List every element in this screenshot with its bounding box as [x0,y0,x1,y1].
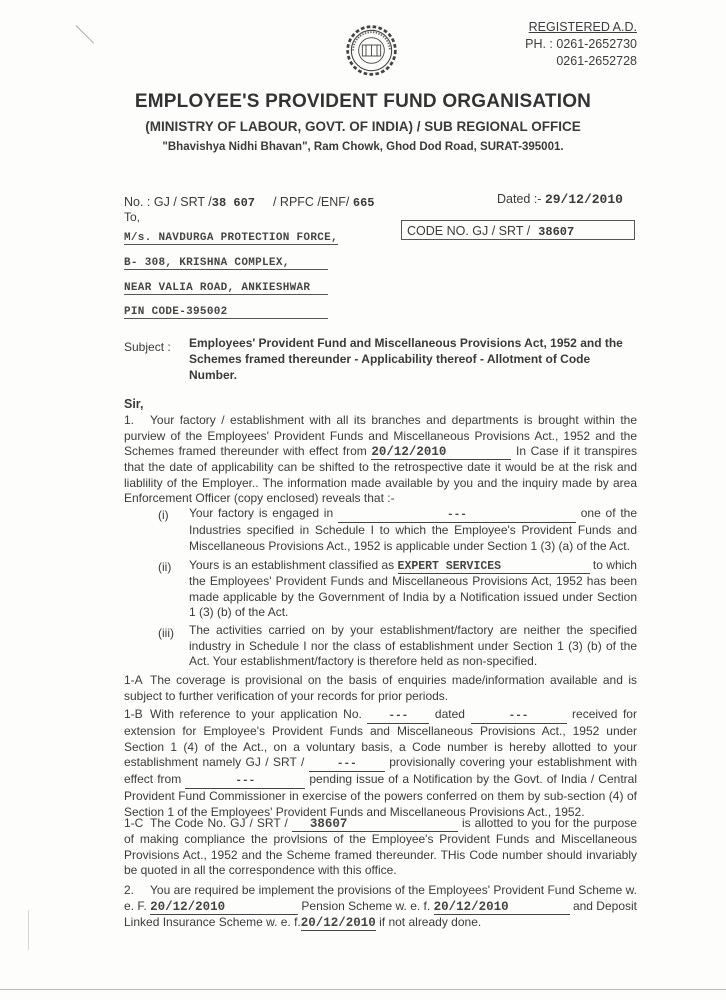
phone-2: 0261-2652728 [525,53,637,70]
industry-blank: --- [338,507,576,523]
epf-date-blank: 20/12/2010 [150,900,298,915]
org-address: "Bhavishya Nidhi Bhavan", Ram Chowk, Gho… [0,141,726,153]
org-subtitle: (MINISTRY OF LABOUR, GOVT. OF INDIA) / S… [0,119,726,134]
code-box-value: 38607 [538,225,574,239]
clause-number: (i) [158,508,169,522]
epfo-emblem-icon [344,23,399,78]
subject-label: Subject : [124,340,171,354]
dated-label: Dated :- [497,192,541,206]
dated-value: 29/12/2010 [545,192,623,207]
registered-label: REGISTERED A.D. [525,19,637,36]
classification: EXPERT SERVICES [398,560,502,573]
dated: Dated :- 29/12/2010 [497,192,623,207]
paragraph-1b: 1-BWith reference to your application No… [124,707,637,820]
scan-mark [76,25,94,43]
reference-number: No. : GJ / SRT /38 607/ RPFC /ENF/ 665 [124,195,374,210]
addressee-line-1: M/s. NAVDURGA PROTECTION FORCE, [124,232,338,245]
paragraph-1a: 1-AThe coverage is provisional on the ba… [124,673,637,704]
clause-iii: The activities carried on by your establ… [189,623,637,670]
clause-ii: Yours is an establishment classified as … [189,558,637,621]
salutation: Sir, [124,397,143,411]
clause-number: (ii) [158,560,171,574]
ref-prefix: No. : GJ / SRT / [124,195,212,209]
addressee-line-2: B- 308, KRISHNA COMPLEX, [124,257,328,270]
rpfc-number: 665 [353,196,375,210]
code-number-box: CODE NO. GJ / SRT /38607 [401,220,635,240]
rpfc-label: / RPFC /ENF/ [273,195,349,209]
letter-page: REGISTERED A.D. PH. : 0261-2652730 0261-… [0,0,726,1000]
para-number: 1-A [124,673,150,689]
pension-date: 20/12/2010 [434,900,509,914]
subject-text: Employees' Provident Fund and Miscellane… [189,335,637,383]
clause-number: (iii) [158,626,174,640]
para-number: 1. [124,413,150,429]
epf-date: 20/12/2010 [150,900,225,914]
edli-date-blank: 20/12/2010 [301,916,376,931]
classification-blank: EXPERT SERVICES [398,559,590,574]
page-edge [0,989,726,990]
ref-code: 38 607 [212,196,255,210]
addressee-line-3: NEAR VALIA ROAD, ANKIESHWAR [124,282,328,295]
to-label: To, [124,210,140,224]
para-number: 1-B [124,707,150,723]
allotted-code-blank: 38607 [292,817,458,832]
para-number: 1-C [124,816,150,832]
pension-date-blank: 20/12/2010 [434,900,570,915]
clause-i: Your factory is engaged in --- one of th… [189,506,637,554]
voluntary-code-blank: --- [309,756,385,772]
phone-1: PH. : 0261-2652730 [525,36,637,53]
allotted-code: 38607 [310,817,348,831]
effective-date: 20/12/2010 [371,445,446,459]
addressee-line-4: PIN CODE-395002 [124,306,328,319]
paragraph-1c: 1-CThe Code No. GJ / SRT / 38607 is allo… [124,816,637,879]
effective-date-blank: 20/12/2010 [371,445,511,460]
paragraph-2: 2.You are required be implement the prov… [124,883,637,931]
para-number: 2. [124,883,150,899]
scan-mark [28,910,29,950]
edli-date: 20/12/2010 [301,916,376,930]
effect-from-blank: --- [185,773,305,789]
application-date-blank: --- [471,708,567,724]
org-title: EMPLOYEE'S PROVIDENT FUND ORGANISATION [0,91,726,113]
application-number-blank: --- [367,708,429,724]
paragraph-1: 1.Your factory / establishment with all … [124,413,637,507]
code-box-label: CODE NO. GJ / SRT / [407,224,530,238]
registered-block: REGISTERED A.D. PH. : 0261-2652730 0261-… [525,19,637,70]
